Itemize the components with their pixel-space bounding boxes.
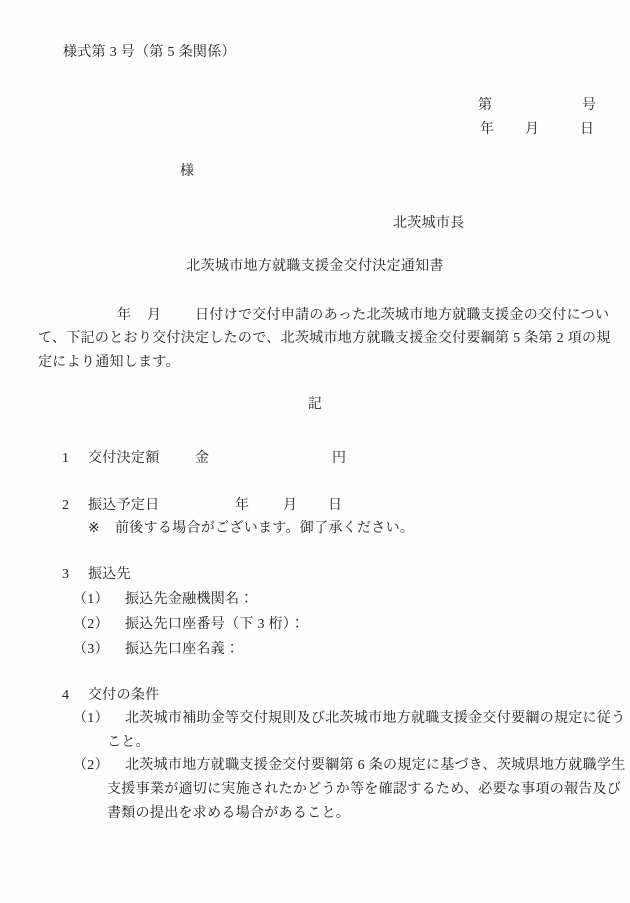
- document-page: 様式第 3 号（第 5 条関係） 第 号 年 月 日 様 北茨城市長 北茨城市地…: [0, 0, 630, 903]
- item4-sub2-line1: 北茨城市地方就職支援金交付要綱第 6 条の規定に基づき、茨城県地方就職学生: [125, 757, 626, 774]
- item2-label: 振込予定日: [88, 497, 160, 514]
- addressee-honorific: 様: [180, 163, 194, 180]
- item4-sub1-marker: （1）: [73, 710, 109, 727]
- item1-amount-prefix: 金: [195, 450, 209, 467]
- item4-sub1-line2: こと。: [107, 734, 150, 751]
- item4-sub2-line3: 書類の提出を求める場合があること。: [107, 805, 350, 822]
- item1-label: 交付決定額: [88, 450, 160, 467]
- doc-number-suffix: 号: [582, 97, 596, 114]
- item4-sub2-marker: （2）: [73, 757, 109, 774]
- body-line3-text: 定により通知します。: [38, 354, 180, 371]
- item2-year-label: 年: [235, 497, 249, 514]
- item2-month-label: 月: [283, 497, 297, 514]
- body-line1-month-label: 月: [147, 307, 161, 324]
- doc-number-prefix: 第: [478, 97, 492, 114]
- item2-number: 2: [62, 497, 69, 514]
- item4-label: 交付の条件: [88, 687, 160, 704]
- item1-amount-suffix: 円: [332, 450, 346, 467]
- item2-note-text: 前後する場合がございます。御了承ください。: [115, 520, 414, 537]
- body-line1-text: 日付けで交付申請のあった北茨城市地方就職支援金の交付につい: [195, 307, 609, 324]
- item3-sub2-marker: （2）: [73, 616, 109, 633]
- record-marker: 記: [0, 396, 630, 413]
- item1-number: 1: [62, 450, 69, 467]
- item4-number: 4: [62, 687, 69, 704]
- item4-sub2-line2: 支援事業が適切に実施されたかどうか等を確認するため、必要な事項の報告及び: [107, 781, 621, 798]
- item3-number: 3: [62, 566, 69, 583]
- body-line1-year-label: 年: [117, 307, 131, 324]
- item3-sub2-text: 振込先口座番号（下 3 桁）：: [125, 616, 305, 633]
- item2-day-label: 日: [328, 497, 342, 514]
- sender-name: 北茨城市長: [393, 215, 465, 232]
- issue-date-year-label: 年: [480, 121, 494, 138]
- item3-label: 振込先: [88, 566, 131, 583]
- item3-sub1-text: 振込先金融機関名：: [125, 591, 254, 608]
- item3-sub3-marker: （3）: [73, 641, 109, 658]
- item3-sub3-text: 振込先口座名義：: [125, 641, 239, 658]
- body-line2-text: て、下記のとおり交付決定したので、北茨城市地方就職支援金交付要綱第 5 条第 2…: [38, 330, 611, 347]
- item4-sub1-line1: 北茨城市補助金等交付規則及び北茨城市地方就職支援金交付要綱の規定に従う: [125, 710, 626, 727]
- form-number: 様式第 3 号（第 5 条関係）: [63, 44, 236, 61]
- document-title: 北茨城市地方就職支援金交付決定通知書: [0, 258, 630, 275]
- issue-date-month-label: 月: [525, 121, 539, 138]
- item3-sub1-marker: （1）: [73, 591, 109, 608]
- issue-date-day-label: 日: [580, 121, 594, 138]
- item2-note-marker: ※: [88, 520, 100, 537]
